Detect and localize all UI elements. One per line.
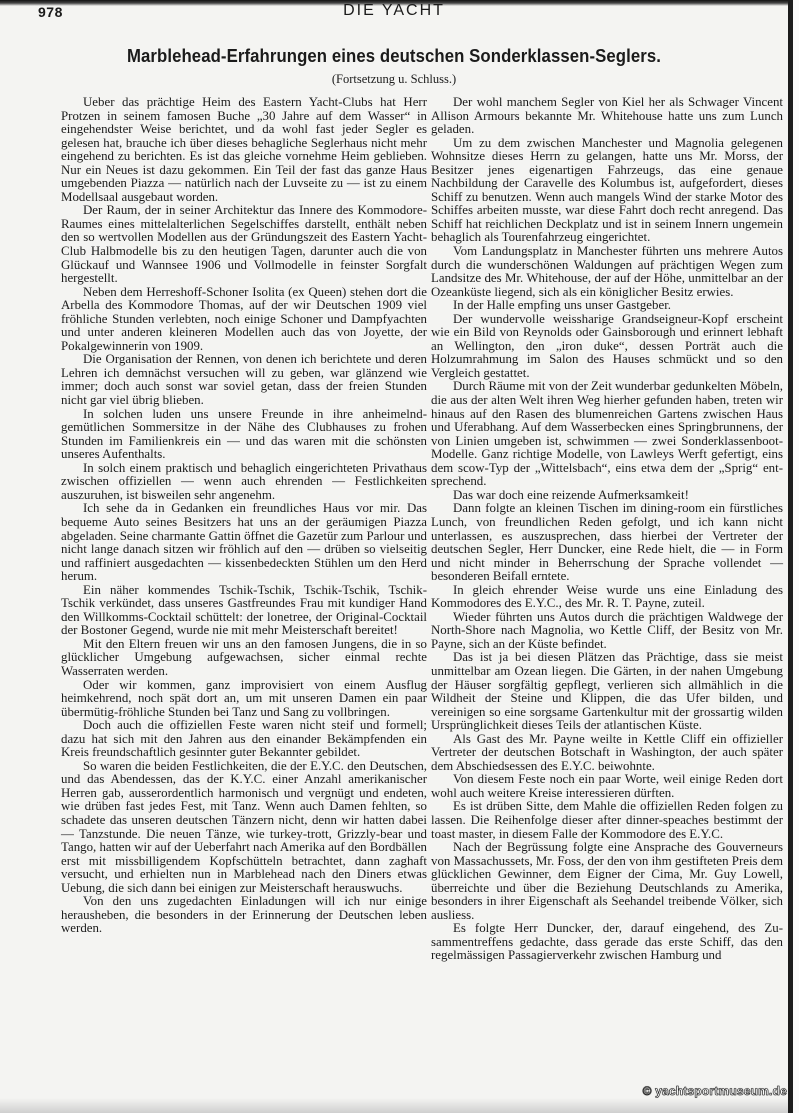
paragraph: Es folgte Herr Duncker, der, darauf eing…: [431, 922, 783, 963]
paragraph: Von diesem Feste noch ein paar Worte, we…: [431, 773, 783, 800]
paragraph: Wieder führten uns Autos durch die präch…: [431, 611, 783, 652]
paragraph: Vom Landungsplatz in Manchester führten …: [431, 245, 783, 299]
paragraph: Neben dem Herreshoff-Schoner Isolita (ex…: [61, 286, 427, 354]
paragraph: Als Gast des Mr. Payne weilte in Kettle …: [431, 733, 783, 774]
right-column: Der wohl manchem Segler von Kiel her als…: [431, 96, 783, 963]
paragraph: Ein näher kommendes Tschik-Tschik, Tschi…: [61, 584, 427, 638]
paragraph: Der Raum, der in seiner Architektur das …: [61, 204, 427, 285]
paragraph: So waren die beiden Festlichkeiten, die …: [61, 760, 427, 895]
paragraph: Das ist ja bei diesen Plätzen das Prächt…: [431, 651, 783, 732]
paragraph: In gleich ehrender Weise wurde uns eine …: [431, 584, 783, 611]
paragraph: In solchen luden uns unsere Freunde in i…: [61, 408, 427, 462]
paragraph: Oder wir kommen, ganz improvisiert von e…: [61, 679, 427, 720]
article-subtitle: (Fortsetzung u. Schluss.): [0, 72, 788, 87]
paragraph: Es ist drüben Sitte, dem Mahle die offiz…: [431, 800, 783, 841]
scan-bottom-shadow: [0, 1098, 788, 1113]
paragraph: Mit den Eltern freuen wir uns an den fam…: [61, 638, 427, 679]
paragraph: In der Halle empfing uns unser Gastgeber…: [431, 299, 783, 313]
paragraph: Nach der Begrüssung folgte eine Ansprach…: [431, 841, 783, 922]
paragraph: Der wundervolle weissharige Grandseigneu…: [431, 313, 783, 381]
running-head: DIE YACHT: [0, 2, 788, 20]
paragraph: Um zu dem zwischen Manchester und Magnol…: [431, 137, 783, 245]
paragraph: Durch Räume mit von der Zeit wunderbar g…: [431, 380, 783, 488]
scan-right-margin: [793, 0, 799, 1113]
paragraph: Die Organisation der Rennen, von denen i…: [61, 353, 427, 407]
paragraph: Doch auch die offiziellen Feste waren ni…: [61, 719, 427, 760]
copyright-watermark: © yachtsportmuseum.de: [643, 1084, 787, 1098]
paragraph: Von den uns zugedachten Einladungen will…: [61, 895, 427, 936]
article-title: Marblehead-Erfahrungen eines deutschen S…: [28, 46, 761, 67]
paragraph: In solch einem praktisch und behaglich e…: [61, 462, 427, 503]
paragraph: Das war doch eine reizende Aufmerksamkei…: [431, 489, 783, 503]
left-column: Ueber das prächtige Heim des Eastern Yac…: [61, 96, 427, 936]
paragraph: Ich sehe da in Gedanken ein freundliches…: [61, 502, 427, 583]
paragraph: Dann folgte an kleinen Tischen im dining…: [431, 502, 783, 583]
paragraph: Ueber das prächtige Heim des Eastern Yac…: [61, 96, 427, 204]
paragraph: Der wohl manchem Segler von Kiel her als…: [431, 96, 783, 137]
